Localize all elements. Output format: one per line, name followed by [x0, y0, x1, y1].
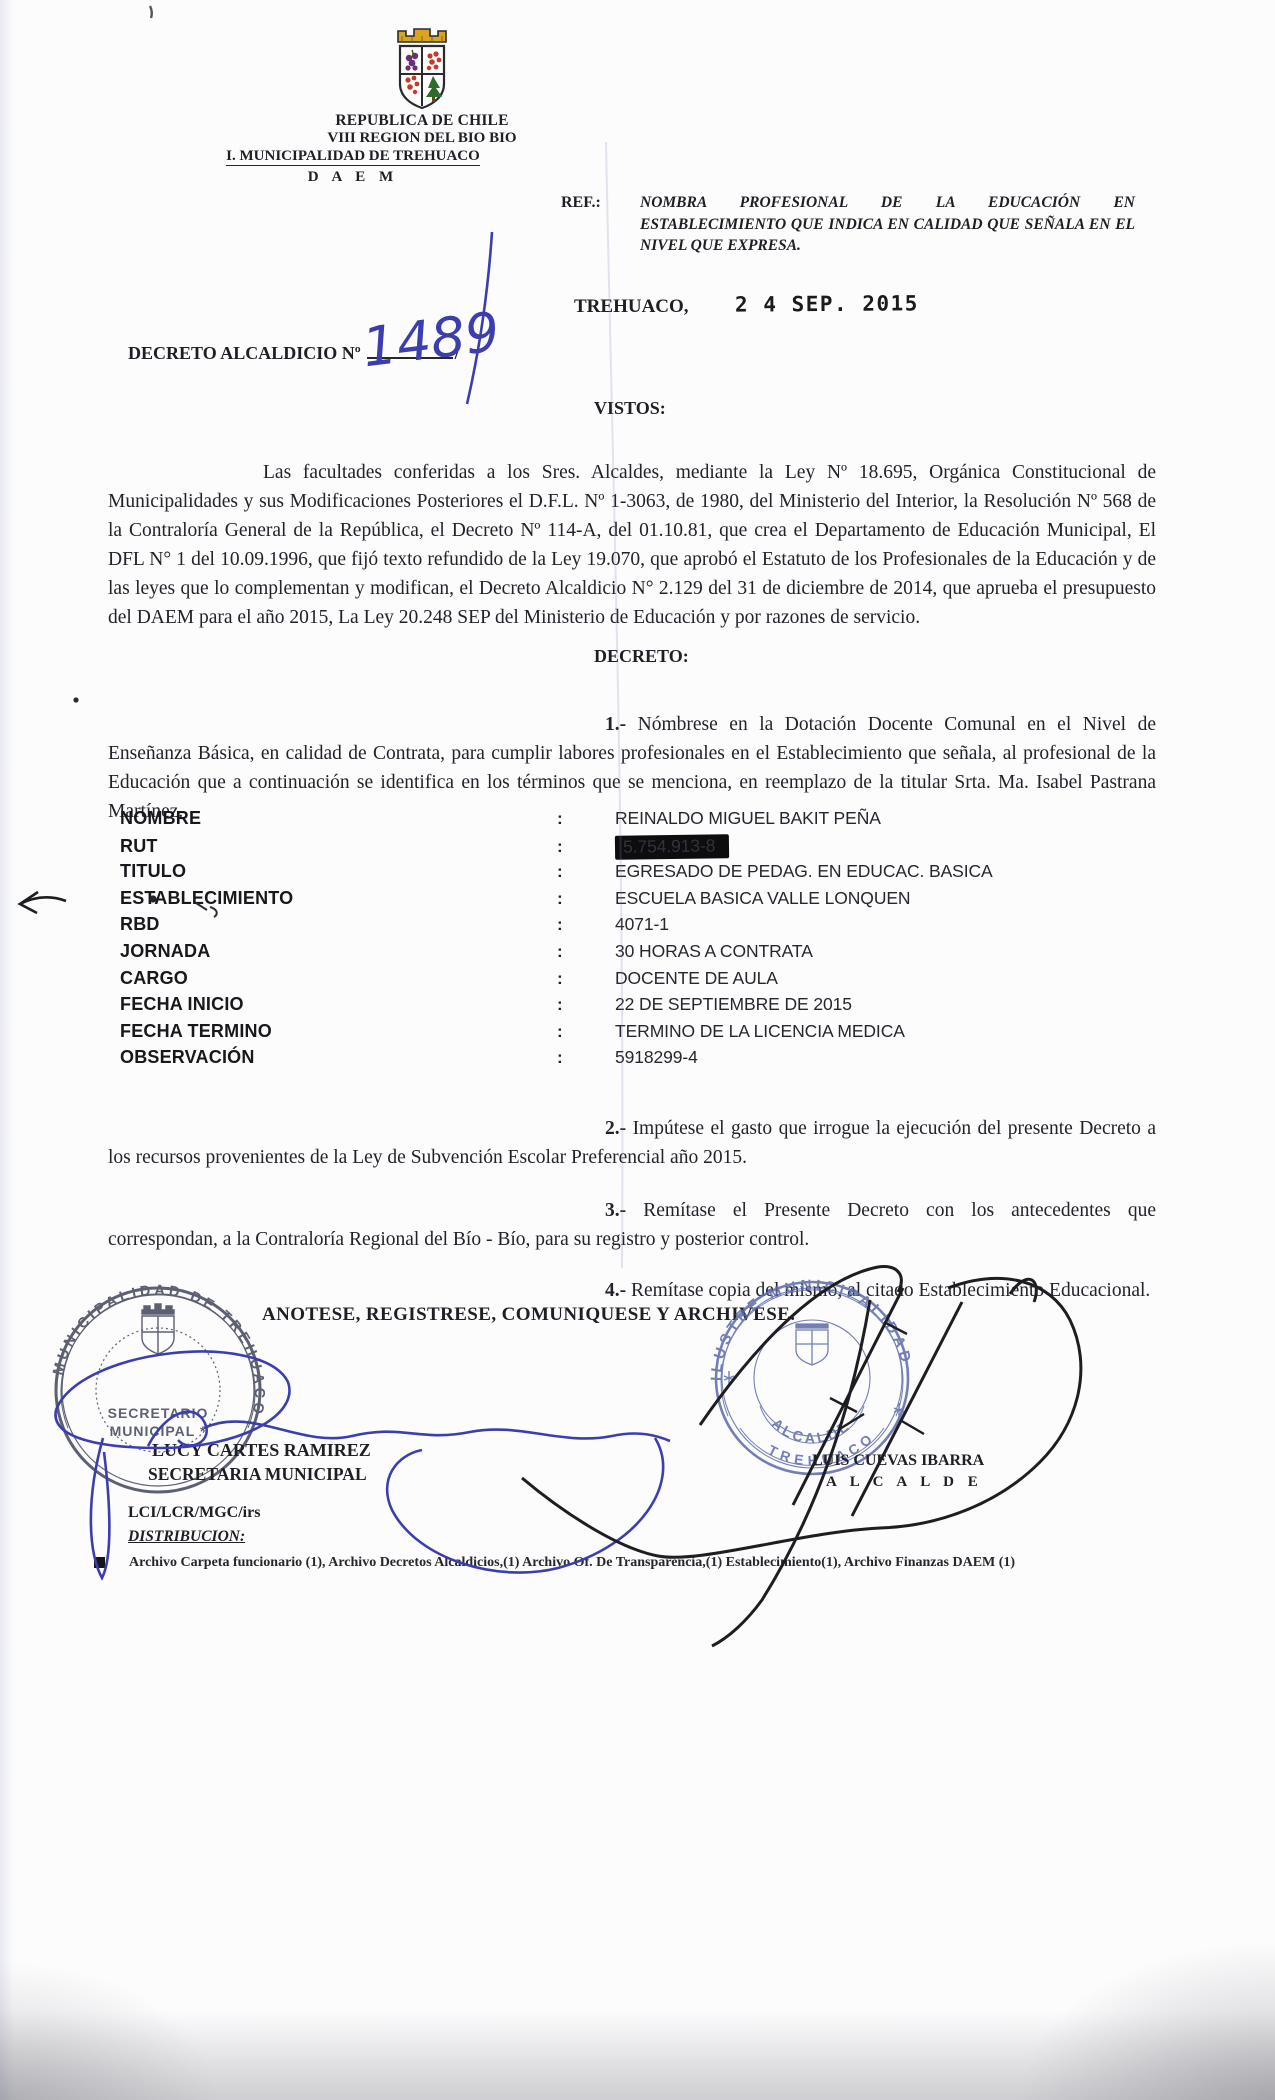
secretary-name: LUCY CARTES RAMIREZ [152, 1440, 371, 1461]
decree-item-4-number: 4.- [605, 1280, 626, 1301]
coat-of-arms-icon [388, 22, 456, 114]
row-value-redacted: 5.754.913-8 [615, 834, 730, 860]
row-value: 30 HORAS A CONTRATA [615, 941, 813, 962]
ref-label: REF.: [561, 194, 601, 212]
row-label: FECHA INICIO [120, 994, 557, 1015]
decree-item-2-text: Impútese el gasto que irrogue la ejecuci… [108, 1118, 1156, 1168]
header-region: VIII REGION DEL BIO BIO [297, 130, 547, 147]
table-row: OBSERVACIÓN:5918299-4 [120, 1047, 1100, 1074]
handwritten-decree-number: 1489 [359, 232, 503, 404]
vistos-paragraph: Las facultades conferidas a los Sres. Al… [108, 458, 1156, 632]
decree-item-1-text: Nómbrese en la Dotación Docente Comunal … [108, 714, 1156, 822]
table-row: CARGO:DOCENTE DE AULA [120, 968, 1100, 995]
row-label: TITULO [120, 861, 557, 882]
table-row: RBD:4071-1 [120, 914, 1100, 941]
row-value: 22 DE SEPTIEMBRE DE 2015 [615, 994, 852, 1015]
row-colon: : [557, 915, 571, 935]
row-colon: : [557, 1022, 571, 1042]
row-colon: : [557, 995, 571, 1015]
seal-center-line1: SECRETARIO [108, 1405, 209, 1421]
decree-item-3-text: Remítase el Presente Decreto con los ant… [108, 1200, 1156, 1250]
date-stamp: 2 4 SEP. 2015 [735, 291, 919, 316]
row-colon: : [557, 1048, 571, 1068]
appointment-details-table: NOMBRE:REINALDO MIGUEL BAKIT PEÑA RUT:5.… [120, 808, 1100, 1074]
decree-item-1-number: 1.- [605, 714, 626, 735]
distribution-label: DISTRIBUCION: [128, 1528, 245, 1546]
scanned-decree-page: REPUBLICA DE CHILE VIII REGION DEL BIO B… [0, 0, 1275, 2100]
decree-number-blank [367, 342, 453, 359]
decree-item-2-number: 2.- [605, 1118, 626, 1139]
scan-corner-shadow-right [1015, 1940, 1275, 2100]
decree-number-label: DECRETO ALCALDICIO Nº [128, 343, 361, 363]
row-label: JORNADA [120, 941, 557, 962]
mayor-title: A L C A L D E [826, 1474, 983, 1491]
vistos-heading: VISTOS: [594, 398, 666, 419]
row-value: TERMINO DE LA LICENCIA MEDICA [615, 1021, 905, 1042]
header-department: D A E M [218, 169, 488, 186]
header-country: REPUBLICA DE CHILE [297, 112, 547, 130]
decree-item-3: 3.- Remítase el Presente Decreto con los… [108, 1196, 1156, 1254]
row-colon: : [557, 837, 571, 857]
dateline-city: TREHUACO, [574, 296, 689, 318]
row-label: RUT [120, 836, 557, 857]
row-label: ESTABLECIMIENTO [120, 888, 557, 909]
square-bullet-icon [94, 1557, 105, 1568]
responsibility-initials: LCI/LCR/MGC/irs [128, 1504, 260, 1522]
table-row: JORNADA:30 HORAS A CONTRATA [120, 941, 1100, 968]
row-colon: : [557, 889, 571, 909]
seal-center-line2: MUNICIPAL * [110, 1423, 207, 1439]
pen-tick-mark [150, 6, 152, 18]
row-label: FECHA TERMINO [120, 1021, 557, 1042]
distribution-item: Archivo Carpeta funcionario (1), Archivo… [94, 1552, 1124, 1573]
decree-item-2: 2.- Impútese el gasto que irrogue la eje… [108, 1114, 1156, 1172]
table-row: FECHA INICIO:22 DE SEPTIEMBRE DE 2015 [120, 994, 1100, 1021]
scan-corner-shadow-left [0, 1960, 220, 2100]
row-colon: : [557, 862, 571, 882]
decree-number-slash: / [455, 343, 460, 363]
row-value: DOCENTE DE AULA [615, 968, 778, 989]
row-value: 4071-1 [615, 914, 669, 935]
row-label: OBSERVACIÓN [120, 1047, 557, 1068]
row-value: ESCUELA BASICA VALLE LONQUEN [615, 888, 910, 909]
table-row: TITULO:EGRESADO DE PEDAG. EN EDUCAC. BAS… [120, 861, 1100, 888]
seal-ring-top-text: ILUSTRE MUNICIPALIDAD [708, 1277, 915, 1382]
decreto-heading: DECRETO: [594, 646, 689, 667]
ref-text: NOMBRA PROFESIONAL DE LA EDUCACIÓN EN ES… [640, 192, 1135, 257]
svg-text:ALCALDE: ALCALDE [768, 1416, 854, 1447]
row-label: NOMBRE [120, 808, 557, 829]
row-value: EGRESADO DE PEDAG. EN EDUCAC. BASICA [615, 861, 993, 882]
row-value: REINALDO MIGUEL BAKIT PEÑA [615, 808, 881, 829]
row-colon: : [557, 809, 571, 829]
ink-dot [73, 697, 78, 702]
table-row: ESTABLECIMIENTO:ESCUELA BASICA VALLE LON… [120, 888, 1100, 915]
margin-arrow-mark [20, 892, 66, 913]
row-colon: : [557, 942, 571, 962]
scan-left-edge-shadow [0, 0, 14, 2100]
seal-center-text: ALCALDE [768, 1416, 854, 1447]
svg-text:1489: 1489 [359, 300, 503, 379]
seal-ring-text: MUNICIPALIDAD DE TREHUACO [50, 1283, 267, 1419]
svg-text:ILUSTRE MUNICIPALIDAD: ILUSTRE MUNICIPALIDAD [708, 1277, 915, 1382]
header-municipality: I. MUNICIPALIDAD DE TREHUACO [218, 148, 488, 165]
distribution-text: Archivo Carpeta funcionario (1), Archivo… [129, 1552, 1119, 1573]
table-row: NOMBRE:REINALDO MIGUEL BAKIT PEÑA [120, 808, 1100, 835]
row-colon: : [557, 969, 571, 989]
table-row: RUT:5.754.913-8 [120, 835, 1100, 862]
decree-number-line: DECRETO ALCALDICIO Nº/ [128, 342, 460, 364]
row-label: RBD [120, 914, 557, 935]
decree-item-3-number: 3.- [605, 1200, 626, 1221]
row-value: 5918299-4 [615, 1047, 698, 1068]
row-label: CARGO [120, 968, 557, 989]
secretary-title: SECRETARIA MUNICIPAL [148, 1464, 367, 1485]
table-row: FECHA TERMINO:TERMINO DE LA LICENCIA MED… [120, 1021, 1100, 1048]
svg-text:MUNICIPALIDAD DE TREHUACO: MUNICIPALIDAD DE TREHUACO [50, 1283, 267, 1419]
mayor-name: LUIS CUEVAS IBARRA [812, 1452, 984, 1470]
